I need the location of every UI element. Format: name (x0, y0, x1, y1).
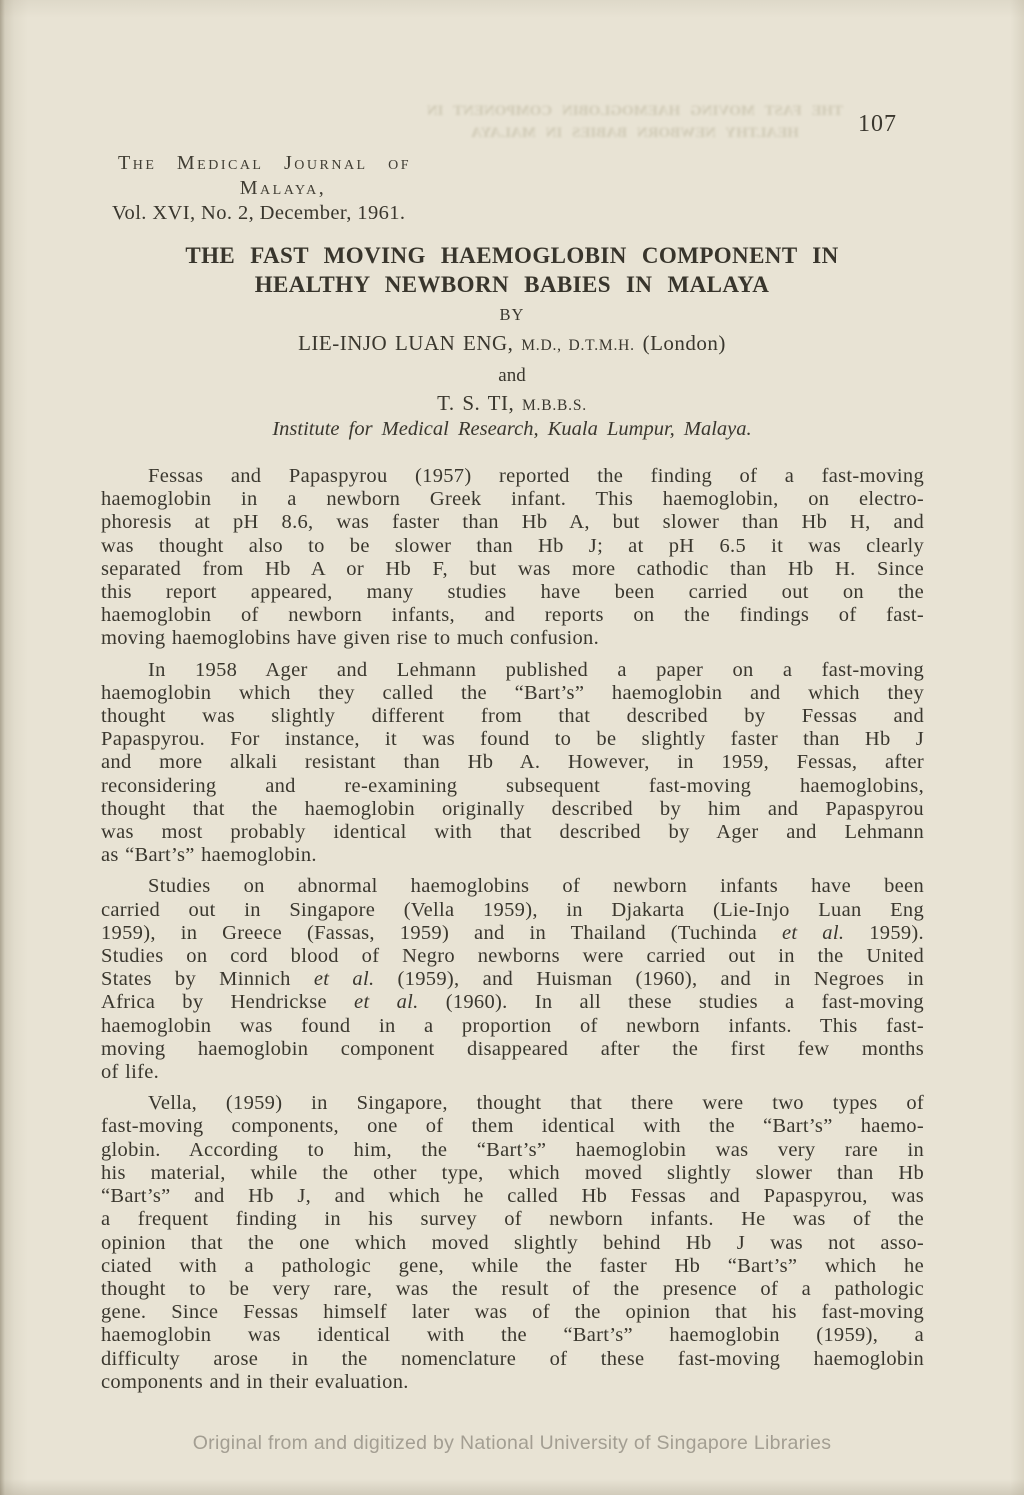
byline-prefix: BY (100, 305, 924, 325)
scanned-journal-page: THE FAST MOVING HAEMOGLOBIN COMPONENT IN… (0, 0, 1024, 1495)
text-line: reconsidering and re-examining subsequen… (101, 775, 924, 798)
text-line: globin. According to him, the “Bart’s” h… (101, 1139, 924, 1162)
paragraph: Fessas and Papaspyrou (1957) reported th… (101, 465, 924, 651)
text-line: phoresis at pH 8.6, was faster than Hb A… (101, 511, 924, 534)
authors-conjunction: and (100, 365, 924, 387)
text-line: moving haemoglobins have given rise to m… (101, 627, 924, 650)
print-bleedthrough: THE FAST MOVING HAEMOGLOBIN COMPONENT IN… (420, 100, 850, 144)
text-line: 1959), in Greece (Fassas, 1959) and in T… (101, 922, 924, 945)
text-line: was thought also to be slower than Hb J;… (101, 535, 924, 558)
paragraph: Vella, (1959) in Singapore, thought that… (101, 1092, 924, 1394)
text-line: Studies on abnormal haemoglobins of newb… (101, 875, 924, 898)
text-line: gene. Since Fessas himself later was of … (101, 1301, 924, 1324)
text-line: thought that the haemoglobin originally … (101, 798, 924, 821)
page-number: 107 (858, 111, 897, 138)
author1-name: LIE-INJO LUAN ENG, (298, 331, 513, 355)
text-line: haemoglobin in a newborn Greek infant. T… (101, 488, 924, 511)
journal-name-line2: Malaya, (118, 177, 448, 200)
text-line: difficulty arose in the nomenclature of … (101, 1348, 924, 1371)
author-affiliation: Institute for Medical Research, Kuala Lu… (100, 418, 924, 441)
text-line: of life. (101, 1061, 924, 1084)
text-line: Vella, (1959) in Singapore, thought that… (101, 1092, 924, 1115)
paragraph: Studies on abnormal haemoglobins of newb… (101, 875, 924, 1084)
text-line: thought was slightly different from that… (101, 705, 924, 728)
author2-degrees: M.B.B.S. (522, 397, 587, 414)
text-line: a frequent finding in his survey of newb… (101, 1208, 924, 1231)
journal-name-line1: The Medical Journal of (118, 152, 411, 175)
text-line: fast-moving components, one of them iden… (101, 1115, 924, 1138)
bleedthrough-line: THE FAST MOVING HAEMOGLOBIN COMPONENT IN (420, 100, 850, 122)
text-line: his material, while the other type, whic… (101, 1162, 924, 1185)
text-line: Papaspyrou. For instance, it was found t… (101, 728, 924, 751)
article-body: Fessas and Papaspyrou (1957) reported th… (101, 465, 924, 1402)
article-title: THE FAST MOVING HAEMOGLOBIN COMPONENT IN… (100, 241, 924, 299)
paragraph: In 1958 Ager and Lehmann published a pap… (101, 659, 924, 868)
volume-issue-date: Vol. XVI, No. 2, December, 1961. (112, 202, 405, 225)
author-line-2: T. S. TI, M.B.B.S. (100, 391, 924, 416)
text-line: separated from Hb A or Hb F, but was mor… (101, 558, 924, 581)
bleedthrough-line: HEALTHY NEWBORN BABIES IN MALAYA (420, 122, 850, 144)
author1-suffix: (London) (643, 331, 726, 355)
text-line: Studies on cord blood of Negro newborns … (101, 945, 924, 968)
author-line-1: LIE-INJO LUAN ENG, M.D., D.T.M.H. (Londo… (100, 331, 924, 356)
digitization-credit: Original from and digitized by National … (0, 1432, 1024, 1455)
article-title-line2: HEALTHY NEWBORN BABIES IN MALAYA (100, 270, 924, 299)
text-line: States by Minnich et al. (1959), and Hui… (101, 968, 924, 991)
text-line: haemoglobin of newborn infants, and repo… (101, 604, 924, 627)
text-line: haemoglobin was identical with the “Bart… (101, 1324, 924, 1347)
text-line: Fessas and Papaspyrou (1957) reported th… (101, 465, 924, 488)
text-line: In 1958 Ager and Lehmann published a pap… (101, 659, 924, 682)
text-line: thought to be very rare, was the result … (101, 1278, 924, 1301)
author2-name: T. S. TI, (437, 391, 514, 415)
text-line: moving haemoglobin component disappeared… (101, 1038, 924, 1061)
text-line: ciated with a pathologic gene, while the… (101, 1255, 924, 1278)
text-line: haemoglobin was found in a proportion of… (101, 1015, 924, 1038)
article-title-line1: THE FAST MOVING HAEMOGLOBIN COMPONENT IN (100, 241, 924, 270)
author1-degrees: M.D., D.T.M.H. (521, 337, 635, 354)
text-line: “Bart’s” and Hb J, and which he called H… (101, 1185, 924, 1208)
text-line: opinion that the one which moved slightl… (101, 1232, 924, 1255)
text-line: this report appeared, many studies have … (101, 581, 924, 604)
text-line: and more alkali resistant than Hb A. How… (101, 751, 924, 774)
text-line: was most probably identical with that de… (101, 821, 924, 844)
text-line: Africa by Hendrickse et al. (1960). In a… (101, 991, 924, 1014)
text-line: carried out in Singapore (Vella 1959), i… (101, 899, 924, 922)
text-line: haemoglobin which they called the “Bart’… (101, 682, 924, 705)
text-line: components and in their evaluation. (101, 1371, 924, 1394)
text-line: as “Bart’s” haemoglobin. (101, 844, 924, 867)
